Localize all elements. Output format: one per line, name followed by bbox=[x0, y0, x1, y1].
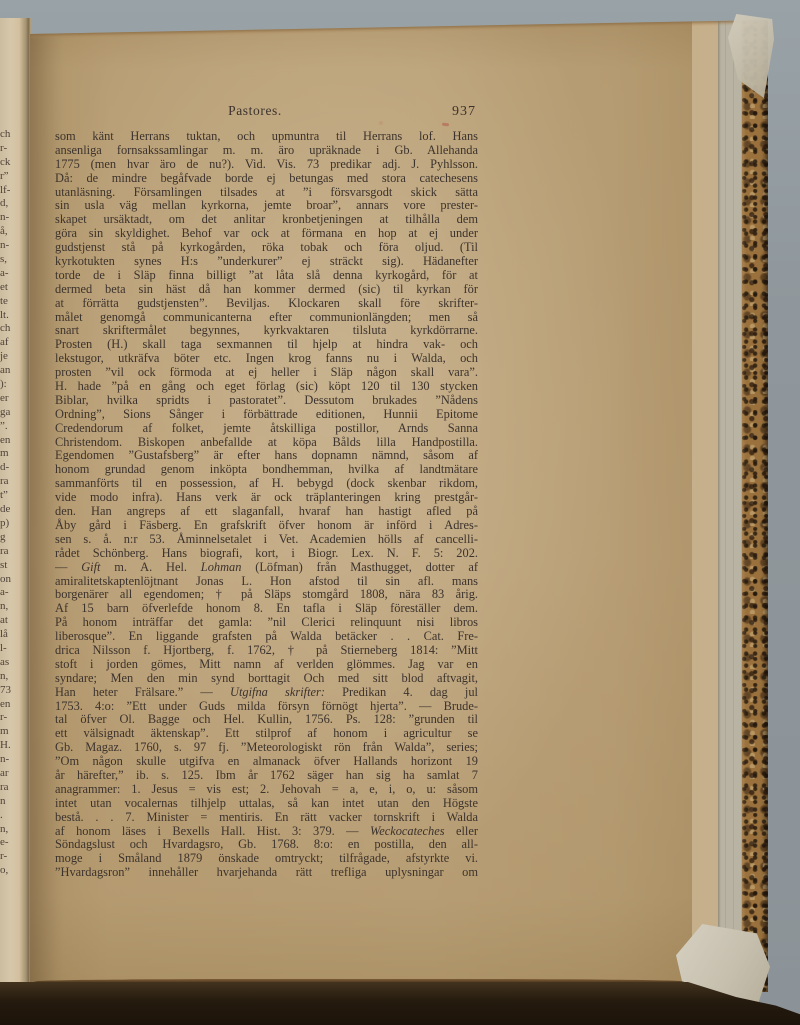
text-line: sen s. å. n:r 53. Åminnelsetalet i Vet. … bbox=[55, 533, 478, 547]
text-line: skapet ursäktadt, om det anlitar kronbet… bbox=[55, 213, 478, 227]
text-line: H. hade ”på en gång och eget förlag (sic… bbox=[55, 380, 478, 394]
endpaper-edge bbox=[718, 20, 742, 995]
fragment-text: af bbox=[0, 336, 15, 350]
facing-page-text-fragments: chr-ckr”lf-d,n-å,n-s,a-ettelt.chafjean):… bbox=[0, 128, 15, 878]
text-line: Af 15 barn öfverlefde honom 8. En tafla … bbox=[55, 602, 478, 616]
fragment-text: en bbox=[0, 698, 15, 712]
text-line: Han heter Frälsare.” — Utgifna skrifter:… bbox=[55, 686, 478, 700]
text-line: Prosten (H.) skall taga sexmannen til hj… bbox=[55, 338, 478, 352]
text-line: sammanförts til en possession, af H. beb… bbox=[55, 477, 478, 491]
fragment-text: r- bbox=[0, 711, 15, 725]
text-line: lekstugor, utkräfva böter etc. Ingen kro… bbox=[55, 352, 478, 366]
text-line: Christendom. Biskopen anbefallde at köpa… bbox=[55, 436, 478, 450]
fragment-text: de bbox=[0, 503, 15, 517]
fragment-text: . bbox=[0, 809, 15, 823]
fragment-text: st bbox=[0, 559, 15, 573]
text-line: Biblar, hvilka spridts i pastoratet”. De… bbox=[55, 394, 478, 408]
text-line: Åby gård i Fäsberg. En grafskrift öfver … bbox=[55, 519, 478, 533]
book-scan: chr-ckr”lf-d,n-å,n-s,a-ettelt.chafjean):… bbox=[0, 0, 800, 1025]
text-line: intet utan vocalernas tilhjelp uttalas, … bbox=[55, 797, 478, 811]
page-number: 937 bbox=[400, 104, 476, 120]
book-block: Pastores. 937 som känt Herrans tuktan, o… bbox=[30, 20, 768, 995]
text-line: dermed beta sin häst då han kommer derme… bbox=[55, 283, 478, 297]
fragment-text: te bbox=[0, 295, 15, 309]
text-line: af honom läses i Bexells Hall. Hist. 3: … bbox=[55, 825, 478, 839]
text-line: ett välsignadt äktenskap”. Ett stilprof … bbox=[55, 727, 478, 741]
fragment-text: p) bbox=[0, 517, 15, 531]
fragment-text: ): bbox=[0, 378, 15, 392]
text-line: moge i Småland 1879 önskade omtryckt; ti… bbox=[55, 852, 478, 866]
text-line: målet genomgå communicanterna efter comm… bbox=[55, 311, 478, 325]
fragment-text: ”. bbox=[0, 420, 15, 434]
text-line: honom grundad genom inköpta bondhemman, … bbox=[55, 463, 478, 477]
text-line: 1753. 4:o: ”Ett under Guds milda försyn … bbox=[55, 700, 478, 714]
fragment-text: et bbox=[0, 281, 15, 295]
text-line: Då: de mindre begåfvade borde ej betunga… bbox=[55, 172, 478, 186]
text-line: ansenliga fornsakssamlingar m. m. äro up… bbox=[55, 144, 478, 158]
fragment-text: 73 bbox=[0, 684, 15, 698]
text-line: Gb. Magaz. 1760, s. 97 fj. ”Meteorologis… bbox=[55, 741, 478, 755]
text-line: syndare; Men den min synd borttagit Och … bbox=[55, 672, 478, 686]
text-line: ”Om någon skulle utgifva en almanack öfv… bbox=[55, 755, 478, 769]
fragment-text: n, bbox=[0, 670, 15, 684]
fragment-text: n- bbox=[0, 753, 15, 767]
text-line: stoft i jorden gömes, Mitt namn af verld… bbox=[55, 658, 478, 672]
fragment-text: je bbox=[0, 350, 15, 364]
fragment-text: ch bbox=[0, 322, 15, 336]
text-line: prosten ”vil ock förmoda at ej heller i … bbox=[55, 366, 478, 380]
ink-stain-faint bbox=[379, 121, 383, 125]
text-line: tal öfver Ol. Bagge och Hel. Kullin, 175… bbox=[55, 713, 478, 727]
fragment-text: ch bbox=[0, 128, 15, 142]
fragment-text: ra bbox=[0, 475, 15, 489]
fragment-text: en bbox=[0, 434, 15, 448]
ink-stain bbox=[442, 123, 449, 127]
fragment-text: er bbox=[0, 392, 15, 406]
fragment-text: m bbox=[0, 447, 15, 461]
fragment-text: s, bbox=[0, 253, 15, 267]
fragment-text: lt. bbox=[0, 309, 15, 323]
text-line: snart skriftermålet begynnes, kyrkvaktar… bbox=[55, 324, 478, 338]
fragment-text: on bbox=[0, 573, 15, 587]
text-line: Credendorum af folket, jemte åtskilliga … bbox=[55, 422, 478, 436]
page-block-fore-edge bbox=[692, 20, 718, 995]
fragment-text: n- bbox=[0, 239, 15, 253]
fragment-text: g bbox=[0, 531, 15, 545]
fragment-text: å, bbox=[0, 225, 15, 239]
fragment-text: ra bbox=[0, 545, 15, 559]
text-line: at förrätta gudstjensten”. Beviljas. Klo… bbox=[55, 297, 478, 311]
text-line: sin usla väg mellan kyrkorna, jemte broa… bbox=[55, 199, 478, 213]
fragment-text: d, bbox=[0, 197, 15, 211]
text-line: vide modo infra). Hans verk är ock träpl… bbox=[55, 491, 478, 505]
page-body-text: som känt Herrans tuktan, och upmuntra ti… bbox=[55, 130, 478, 880]
text-line: drica Nilsson f. Hjortberg, f. 1762, † p… bbox=[55, 644, 478, 658]
text-line: Ordning”, Sions Sånger i förbättrade edi… bbox=[55, 408, 478, 422]
text-line: 1775 (men hvar äro de nu?). Vid. Vis. 73… bbox=[55, 158, 478, 172]
text-line: kyrkotukten synes H:s ”underkurer” ej st… bbox=[55, 255, 478, 269]
fragment-text: lf- bbox=[0, 184, 15, 198]
fragment-text: ga bbox=[0, 406, 15, 420]
text-line: amiralitetskaptenlöjtnant Jonas L. Hon a… bbox=[55, 575, 478, 589]
text-line: anagrammer: 1. Jesus = vis est; 2. Jehov… bbox=[55, 783, 478, 797]
text-line: gudstjenst stå på kyrkogården, röka toba… bbox=[55, 241, 478, 255]
fragment-text: o, bbox=[0, 864, 15, 878]
running-header: Pastores. bbox=[190, 103, 320, 119]
text-line: göra sin skyldighet. Behof var ock at fö… bbox=[55, 227, 478, 241]
text-line: år härefter,” ib. s. 125. Ibm år 1762 sä… bbox=[55, 769, 478, 783]
fragment-text: a- bbox=[0, 586, 15, 600]
text-line: rådet Schönberg. Hans biografi, kort, i … bbox=[55, 547, 478, 561]
fragment-text: m bbox=[0, 725, 15, 739]
fragment-text: r- bbox=[0, 142, 15, 156]
fragment-text: d- bbox=[0, 461, 15, 475]
book-page: Pastores. 937 som känt Herrans tuktan, o… bbox=[30, 20, 692, 995]
book-bottom-shadow bbox=[0, 982, 800, 1025]
fragment-text: r” bbox=[0, 170, 15, 184]
fragment-text: at bbox=[0, 614, 15, 628]
text-line: som känt Herrans tuktan, och upmuntra ti… bbox=[55, 130, 478, 144]
fragment-text: n, bbox=[0, 600, 15, 614]
fragment-text: n bbox=[0, 795, 15, 809]
text-line: liberosque”. En liggande grafsten på Wal… bbox=[55, 630, 478, 644]
text-line: torde de i Släp finna billigt ”at låta s… bbox=[55, 269, 478, 283]
fragment-text: e- bbox=[0, 836, 15, 850]
fragment-text: n, bbox=[0, 823, 15, 837]
marbled-cover-edge bbox=[742, 20, 768, 995]
text-line: ”Hvardagsron” innehåller hvarjehanda rät… bbox=[55, 866, 478, 880]
fragment-text: l- bbox=[0, 642, 15, 656]
fragment-text: ra bbox=[0, 781, 15, 795]
facing-page-edge: chr-ckr”lf-d,n-å,n-s,a-ettelt.chafjean):… bbox=[0, 18, 31, 985]
fragment-text: ar bbox=[0, 767, 15, 781]
text-line: utanläsning. Församlingen tilsades at ”i… bbox=[55, 186, 478, 200]
text-line: På honom inträffar det gamla: ”nil Cleri… bbox=[55, 616, 478, 630]
fragment-text: ck bbox=[0, 156, 15, 170]
fragment-text: a- bbox=[0, 267, 15, 281]
text-line: — Gift m. A. Hel. Lohman (Löfman) från M… bbox=[55, 561, 478, 575]
text-line: bestå. . . 7. Minister = mentiris. En rä… bbox=[55, 811, 478, 825]
text-line: Egendomen ”Gustafsberg” är efter hans do… bbox=[55, 449, 478, 463]
fragment-text: H. bbox=[0, 739, 15, 753]
fragment-text: an bbox=[0, 364, 15, 378]
fragment-text: as bbox=[0, 656, 15, 670]
text-line: den. Han angreps af ett slaganfall, hvar… bbox=[55, 505, 478, 519]
text-line: borgenärer all egendomen; † på Släps sto… bbox=[55, 588, 478, 602]
fragment-text: r- bbox=[0, 850, 15, 864]
fragment-text: lå bbox=[0, 628, 15, 642]
text-line: Söndagslust och Hvardagsro, Gb. 1768. 8:… bbox=[55, 838, 478, 852]
fragment-text: n- bbox=[0, 211, 15, 225]
fragment-text: t” bbox=[0, 489, 15, 503]
